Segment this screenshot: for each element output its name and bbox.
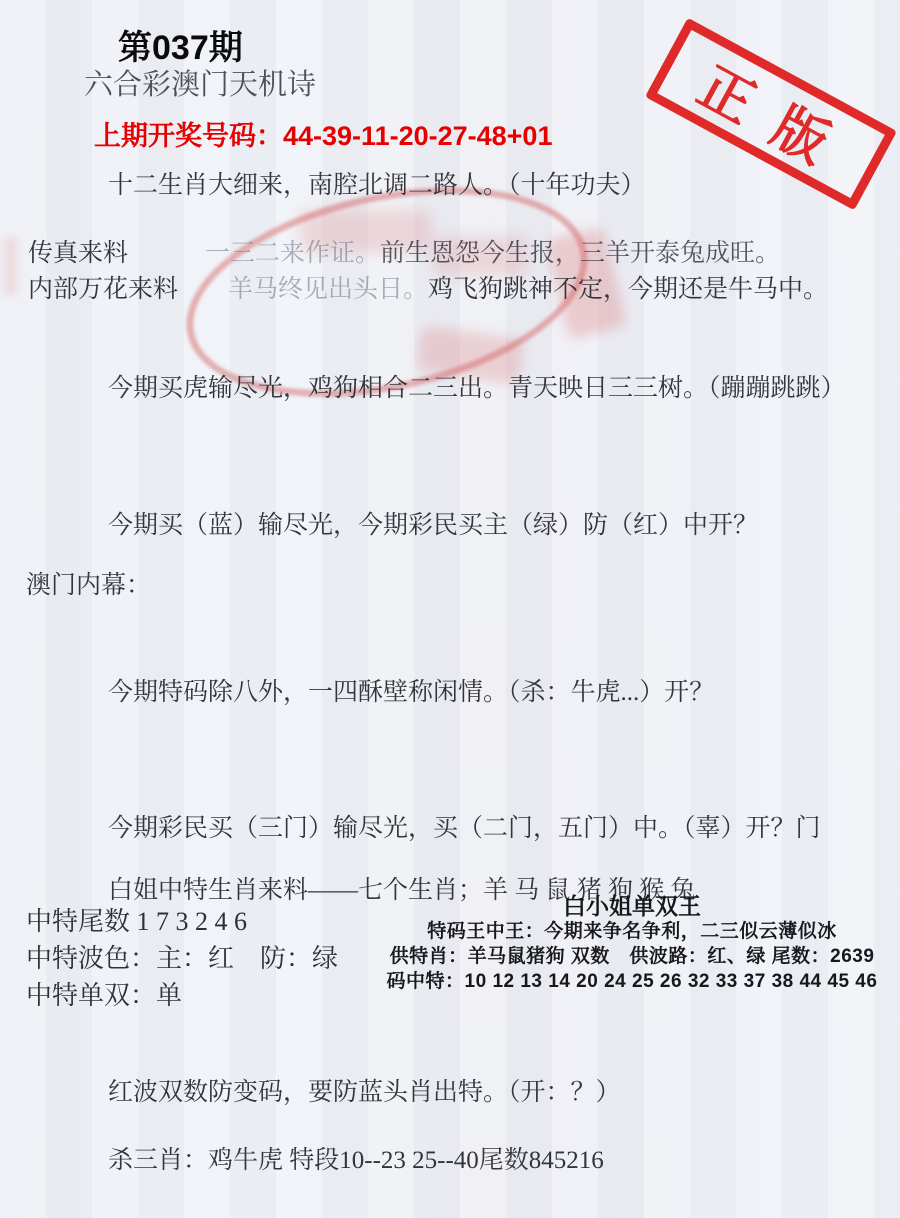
tiger-tip-line: 今期买虎输尽光，鸡狗相合二三出。青天映日三三树。（蹦蹦跳跳）	[108, 368, 846, 404]
red-wave-tip-line: 红波双数防变码，要防蓝头肖出特。（开：？）	[108, 1072, 621, 1108]
kill-three-zodiac-line: 杀三肖：鸡牛虎 特段10--23 25--40尾数845216	[108, 1140, 604, 1176]
wave-color-line: 中特波色：主：红 防：绿	[26, 940, 338, 977]
mid-special-stats-block: 中特尾数 1 7 3 2 4 6 中特波色：主：红 防：绿 中特单双：单	[26, 903, 338, 1014]
odd-even-line: 中特单双：单	[26, 977, 338, 1014]
genuine-edition-stamp: 正版	[645, 18, 897, 211]
tail-numbers-line: 中特尾数 1 7 3 2 4 6	[26, 903, 338, 940]
internal-main-text: 鸡飞狗跳神不定，今期还是牛马中。	[428, 276, 828, 303]
supplied-zodiac-line: 供特肖：羊马鼠猪狗 双数 供波路：红、绿 尾数：2639	[372, 944, 892, 969]
internal-material-text: 羊马终见出头日。鸡飞狗跳神不定，今期还是牛马中。	[228, 269, 828, 305]
fax-main-text: 前生恩怨今生报，三羊开泰兔成旺。	[380, 240, 780, 267]
stamp-label: 正版	[671, 36, 871, 192]
ink-smudge	[4, 236, 18, 296]
lottery-tip-sheet-page: 正版 第037期 六合彩澳门天机诗 上期开奖号码：44-39-11-20-27-…	[0, 0, 900, 1218]
internal-material-label: 内部万花来料	[28, 269, 178, 305]
fax-faded-text: 一三二来作证。	[205, 240, 380, 267]
last-draw-label: 上期开奖号码：	[94, 121, 283, 151]
special-code-tip-line: 今期特码除八外，一四酥壁称闲情。（杀：牛虎...）开？	[108, 672, 714, 708]
last-draw-numbers: 44-39-11-20-27-48+01	[283, 121, 552, 151]
king-of-kings-line: 特码王中王：今期来争名争利，二三似云薄似冰	[372, 919, 892, 944]
zodiac-poem-line: 十二生肖大细来，南腔北调二路人。（十年功夫）	[108, 165, 646, 201]
code-hit-numbers-line: 码中特：10 12 13 14 20 24 25 26 32 33 37 38 …	[372, 969, 892, 994]
color-tip-line: 今期买（蓝）输尽光，今期彩民买主（绿）防（红）中开？	[108, 505, 758, 541]
macau-insider-label: 澳门内幕：	[26, 565, 151, 601]
internal-faded-text: 羊马终见出头日。	[228, 276, 428, 303]
fax-material-text: 一三二来作证。前生恩怨今生报，三羊开泰兔成旺。	[205, 233, 780, 269]
sheet-subtitle: 六合彩澳门天机诗	[84, 62, 316, 103]
white-lady-title: 白小姐单双王	[372, 893, 892, 919]
last-draw-result-line: 上期开奖号码：44-39-11-20-27-48+01	[94, 114, 552, 153]
white-lady-block: 白小姐单双王 特码王中王：今期来争名争利，二三似云薄似冰 供特肖：羊马鼠猪狗 双…	[372, 893, 892, 994]
door-tip-line: 今期彩民买（三门）输尽光，买（二门，五门）中。（辜）开？门	[108, 808, 821, 844]
fax-material-label: 传真来料	[28, 233, 128, 269]
